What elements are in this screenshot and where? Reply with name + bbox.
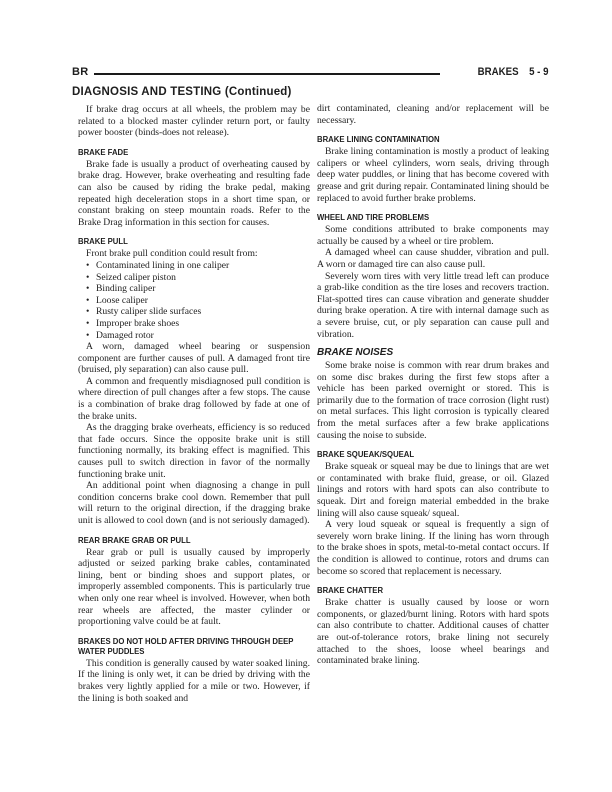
heading-brake-chatter: BRAKE CHATTER [317,585,526,595]
heading-brake-fade: BRAKE FADE [78,147,287,157]
heading-brake-pull: BRAKE PULL [78,236,287,246]
paragraph: A worn, damaged wheel bearing or suspens… [78,341,310,376]
page-header: BR BRAKES5 - 9 [72,66,548,80]
paragraph: As the dragging brake overheats, efficie… [78,422,310,480]
header-rule [94,73,440,75]
paragraph: Brake fade is usually a product of overh… [78,159,310,229]
list-item: Loose caliper [86,295,310,307]
left-column: If brake drag occurs at all wheels, the … [78,104,310,704]
header-chapter-code: BR [72,66,89,78]
paragraph: Some conditions attributed to brake comp… [317,224,549,247]
paragraph: This condition is generally caused by wa… [78,658,310,704]
heading-lining-contamination: BRAKE LINING CONTAMINATION [317,134,526,144]
header-section-page: BRAKES5 - 9 [477,66,548,78]
paragraph: Brake lining contamination is mostly a p… [317,146,549,204]
paragraph: Front brake pull condition could result … [78,248,310,260]
page-number: 5 - 9 [529,66,548,78]
paragraph: An additional point when diagnosing a ch… [78,480,310,526]
heading-brake-squeak: BRAKE SQUEAK/SQUEAL [317,449,526,459]
list-item: Improper brake shoes [86,318,310,330]
continuation-paragraph: dirt contaminated, cleaning and/or repla… [317,103,549,126]
page-title: DIAGNOSIS AND TESTING (Continued) [72,86,292,98]
paragraph: Brake chatter is usually caused by loose… [317,597,549,667]
list-item: Binding caliper [86,283,310,295]
heading-water-puddles: BRAKES DO NOT HOLD AFTER DRIVING THROUGH… [78,636,312,656]
heading-rear-brake-grab: REAR BRAKE GRAB OR PULL [78,535,287,545]
paragraph: Some brake noise is common with rear dru… [317,360,549,441]
right-column: dirt contaminated, cleaning and/or repla… [317,103,549,667]
list-item: Rusty caliper slide surfaces [86,306,310,318]
heading-brake-noises: BRAKE NOISES [317,348,549,358]
paragraph: A damaged wheel can cause shudder, vibra… [317,247,549,270]
paragraph: Rear grab or pull is usually caused by i… [78,547,310,628]
header-section: BRAKES [477,66,518,78]
brake-pull-causes-list: Contaminated lining in one caliper Seize… [78,260,310,341]
paragraph: A very loud squeak or squeal is frequent… [317,519,549,577]
list-item: Contaminated lining in one caliper [86,260,310,272]
paragraph: Severely worn tires with very little tre… [317,271,549,341]
paragraph: Brake squeak or squeal may be due to lin… [317,461,549,519]
list-item: Damaged rotor [86,330,310,342]
intro-paragraph: If brake drag occurs at all wheels, the … [78,104,310,139]
heading-wheel-tire: WHEEL AND TIRE PROBLEMS [317,212,526,222]
paragraph: A common and frequently misdiagnosed pul… [78,376,310,422]
list-item: Seized caliper piston [86,272,310,284]
